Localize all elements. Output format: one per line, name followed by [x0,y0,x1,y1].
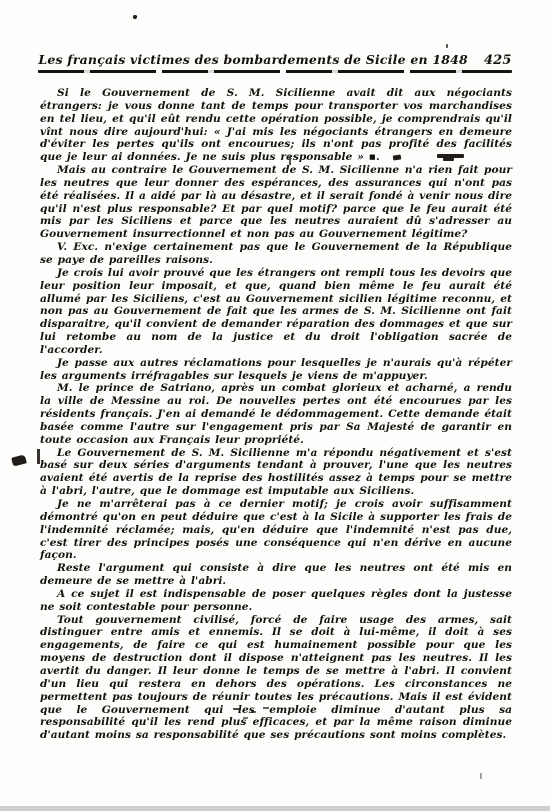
paragraph: Reste l'argument qui consiste à dire que… [40,562,512,588]
paragraph: Je passe aux autres réclamations pour le… [40,357,512,383]
margin-ink-smudge [11,454,27,466]
header-rule [38,70,512,73]
ink-smudge [243,717,248,719]
scan-edge [0,806,550,811]
paragraph: Si le Gouvernement de S. M. Sicilienne a… [40,87,512,164]
ink-smudge [233,708,241,710]
paragraph: M. le prince de Satriano, après un comba… [40,382,512,446]
ink-smudge [443,158,454,161]
ink-smudge [263,707,269,709]
paragraph: Tout gouvernement civilisé, forcé de fai… [40,614,512,742]
ink-smudge [446,44,448,48]
running-header: Les français victimes des bombardements … [40,52,510,68]
paragraph: Je ne m'arrêterai pas à ce dernier motif… [40,498,512,562]
ink-smudge [480,773,482,779]
paragraph: V. Exc. n'exige certainement pas que le … [40,241,512,267]
running-title: Les français victimes des bombardements … [38,52,468,67]
ink-smudge [132,14,137,19]
paragraph: A ce sujet il est indispensable de poser… [40,588,512,614]
paragraph: Le Gouvernement de S. M. Sicilienne m'a … [40,447,512,498]
margin-ink-smudge [37,449,40,464]
paragraph: Je crois lui avoir prouvé que les étrang… [40,267,512,357]
ink-smudge [289,156,291,165]
paragraph: Mais au contraire le Gouvernement de S. … [40,164,512,241]
letter-body: Si le Gouvernement de S. M. Sicilienne a… [40,87,512,742]
ink-smudge [251,711,256,713]
page-number: 425 [484,53,512,68]
scanned-document-page: Les français victimes des bombardements … [0,0,550,811]
